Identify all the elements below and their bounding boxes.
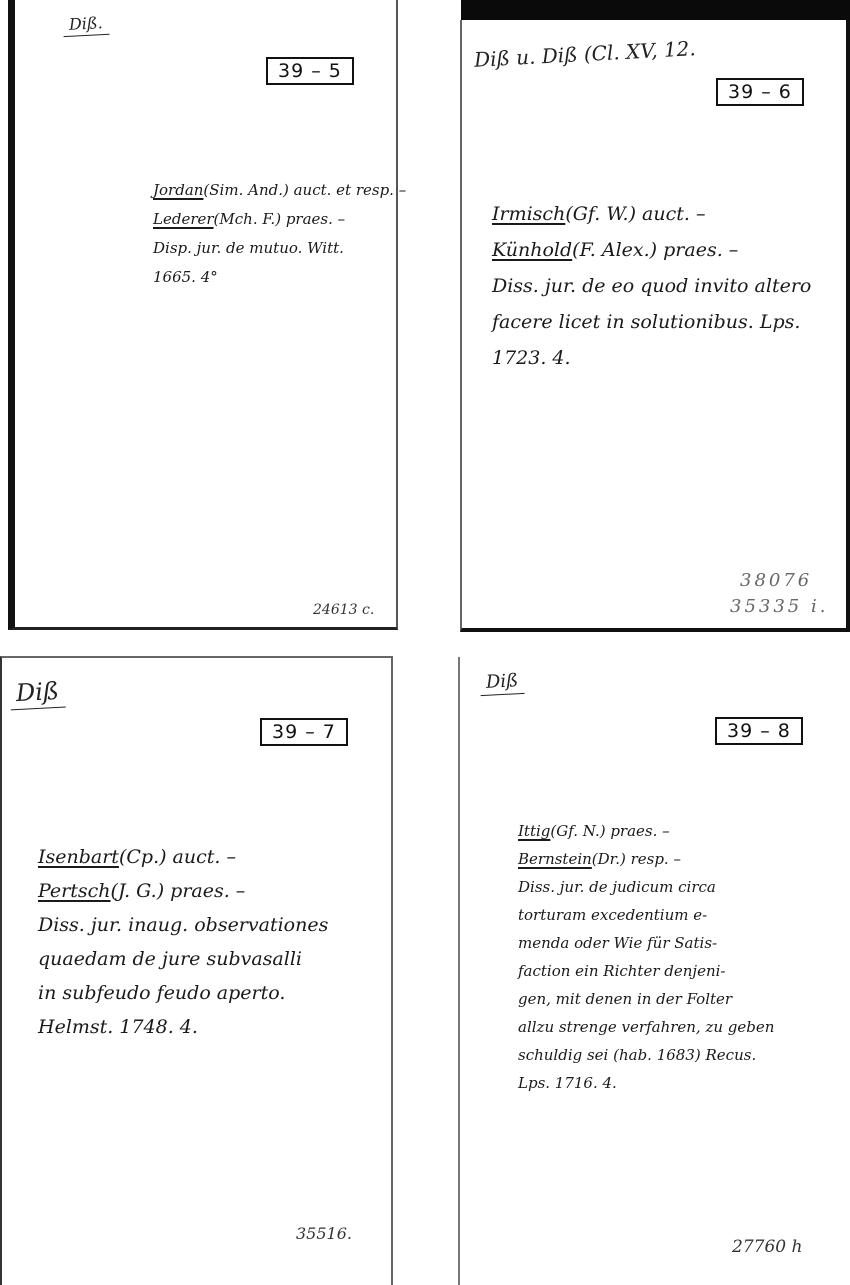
entry-text: (Cp.) auct. – (119, 846, 236, 868)
entry-text: (Gf. W.) auct. – (565, 203, 705, 225)
accession-number: 35516. (296, 1224, 352, 1243)
call-number-box: 39 – 6 (716, 78, 804, 106)
accession-number: 38076 (740, 570, 812, 591)
respondent-name: Bernstein (518, 850, 592, 868)
author-name: Isenbart (38, 846, 119, 868)
entry-line-2: Künhold(F. Alex.) praes. – (492, 232, 811, 268)
entry-line-9: schuldig sei (hab. 1683) Recus. (518, 1041, 774, 1069)
corner-label: Diß (9, 677, 66, 711)
call-number-box: 39 – 5 (266, 57, 354, 85)
entry-text: (Sim. And.) auct. et resp. – (203, 181, 406, 199)
catalog-entry: Irmisch(Gf. W.) auct. – Künhold(F. Alex.… (492, 196, 811, 376)
entry-line-2: Bernstein(Dr.) resp. – (518, 845, 774, 873)
call-number-box: 39 – 7 (260, 718, 348, 746)
entry-line-3: Disp. jur. de mutuo. Witt. (153, 234, 406, 263)
accession-number: 24613 c. (313, 602, 374, 618)
entry-line-3: Diss. jur. de eo quod invito altero (492, 268, 811, 304)
author-name: Irmisch (492, 203, 565, 225)
praeses-name: Künhold (492, 239, 572, 261)
corner-label: Diß u. Diß (Cl. XV, 12. (467, 36, 702, 74)
entry-line-3: Diss. jur. de judicum circa (518, 873, 774, 901)
entry-line-4: facere licet in solutionibus. Lps. (492, 304, 811, 340)
catalog-entry: Jordan(Sim. And.) auct. et resp. – Leder… (153, 176, 406, 292)
praeses-name: Ittig (518, 822, 550, 840)
praeses-name: Lederer (153, 210, 214, 228)
accession-number: 27760 h (732, 1237, 802, 1257)
catalog-card-39-8: Diß 39 – 8 Ittig(Gf. N.) praes. – Bernst… (458, 657, 850, 1285)
entry-text: (F. Alex.) praes. – (572, 239, 738, 261)
accession-number: 35335 i. (730, 596, 828, 617)
catalog-entry: Ittig(Gf. N.) praes. – Bernstein(Dr.) re… (518, 817, 774, 1097)
entry-text: (Dr.) resp. – (592, 850, 681, 868)
author-name: Jordan (153, 181, 203, 199)
entry-text: (Gf. N.) praes. – (550, 822, 669, 840)
entry-line-4: quaedam de jure subvasalli (38, 942, 328, 976)
card-shadow-edge (461, 0, 850, 21)
entry-line-4: 1665. 4° (153, 263, 406, 292)
entry-line-6: faction ein Richter denjeni- (518, 957, 774, 985)
catalog-entry: Isenbart(Cp.) auct. – Pertsch(J. G.) pra… (38, 840, 328, 1044)
entry-line-5: menda oder Wie für Satis- (518, 929, 774, 957)
catalog-card-39-6: Diß u. Diß (Cl. XV, 12. 39 – 6 Irmisch(G… (460, 20, 850, 632)
entry-line-2: Lederer(Mch. F.) praes. – (153, 205, 406, 234)
praeses-name: Pertsch (38, 880, 111, 902)
entry-line-3: Diss. jur. inaug. observationes (38, 908, 328, 942)
entry-line-4: torturam excedentium e- (518, 901, 774, 929)
entry-line-6: Helmst. 1748. 4. (38, 1010, 328, 1044)
entry-line-1: Irmisch(Gf. W.) auct. – (492, 196, 811, 232)
entry-line-1: Isenbart(Cp.) auct. – (38, 840, 328, 874)
entry-text: (J. G.) praes. – (111, 880, 246, 902)
corner-label: Diß (479, 670, 524, 696)
entry-line-5: in subfeudo feudo aperto. (38, 976, 328, 1010)
catalog-card-39-5: Diß. 39 – 5 Jordan(Sim. And.) auct. et r… (8, 0, 398, 630)
entry-text: (Mch. F.) praes. – (214, 210, 346, 228)
entry-line-7: gen, mit denen in der Folter (518, 985, 774, 1013)
entry-line-2: Pertsch(J. G.) praes. – (38, 874, 328, 908)
entry-line-1: Jordan(Sim. And.) auct. et resp. – (153, 176, 406, 205)
entry-line-5: 1723. 4. (492, 340, 811, 376)
entry-line-10: Lps. 1716. 4. (518, 1069, 774, 1097)
entry-line-8: allzu strenge verfahren, zu geben (518, 1013, 774, 1041)
corner-label: Diß. (62, 13, 109, 37)
call-number-box: 39 – 8 (715, 717, 803, 745)
catalog-card-39-7: Diß 39 – 7 Isenbart(Cp.) auct. – Pertsch… (0, 656, 393, 1285)
entry-line-1: Ittig(Gf. N.) praes. – (518, 817, 774, 845)
